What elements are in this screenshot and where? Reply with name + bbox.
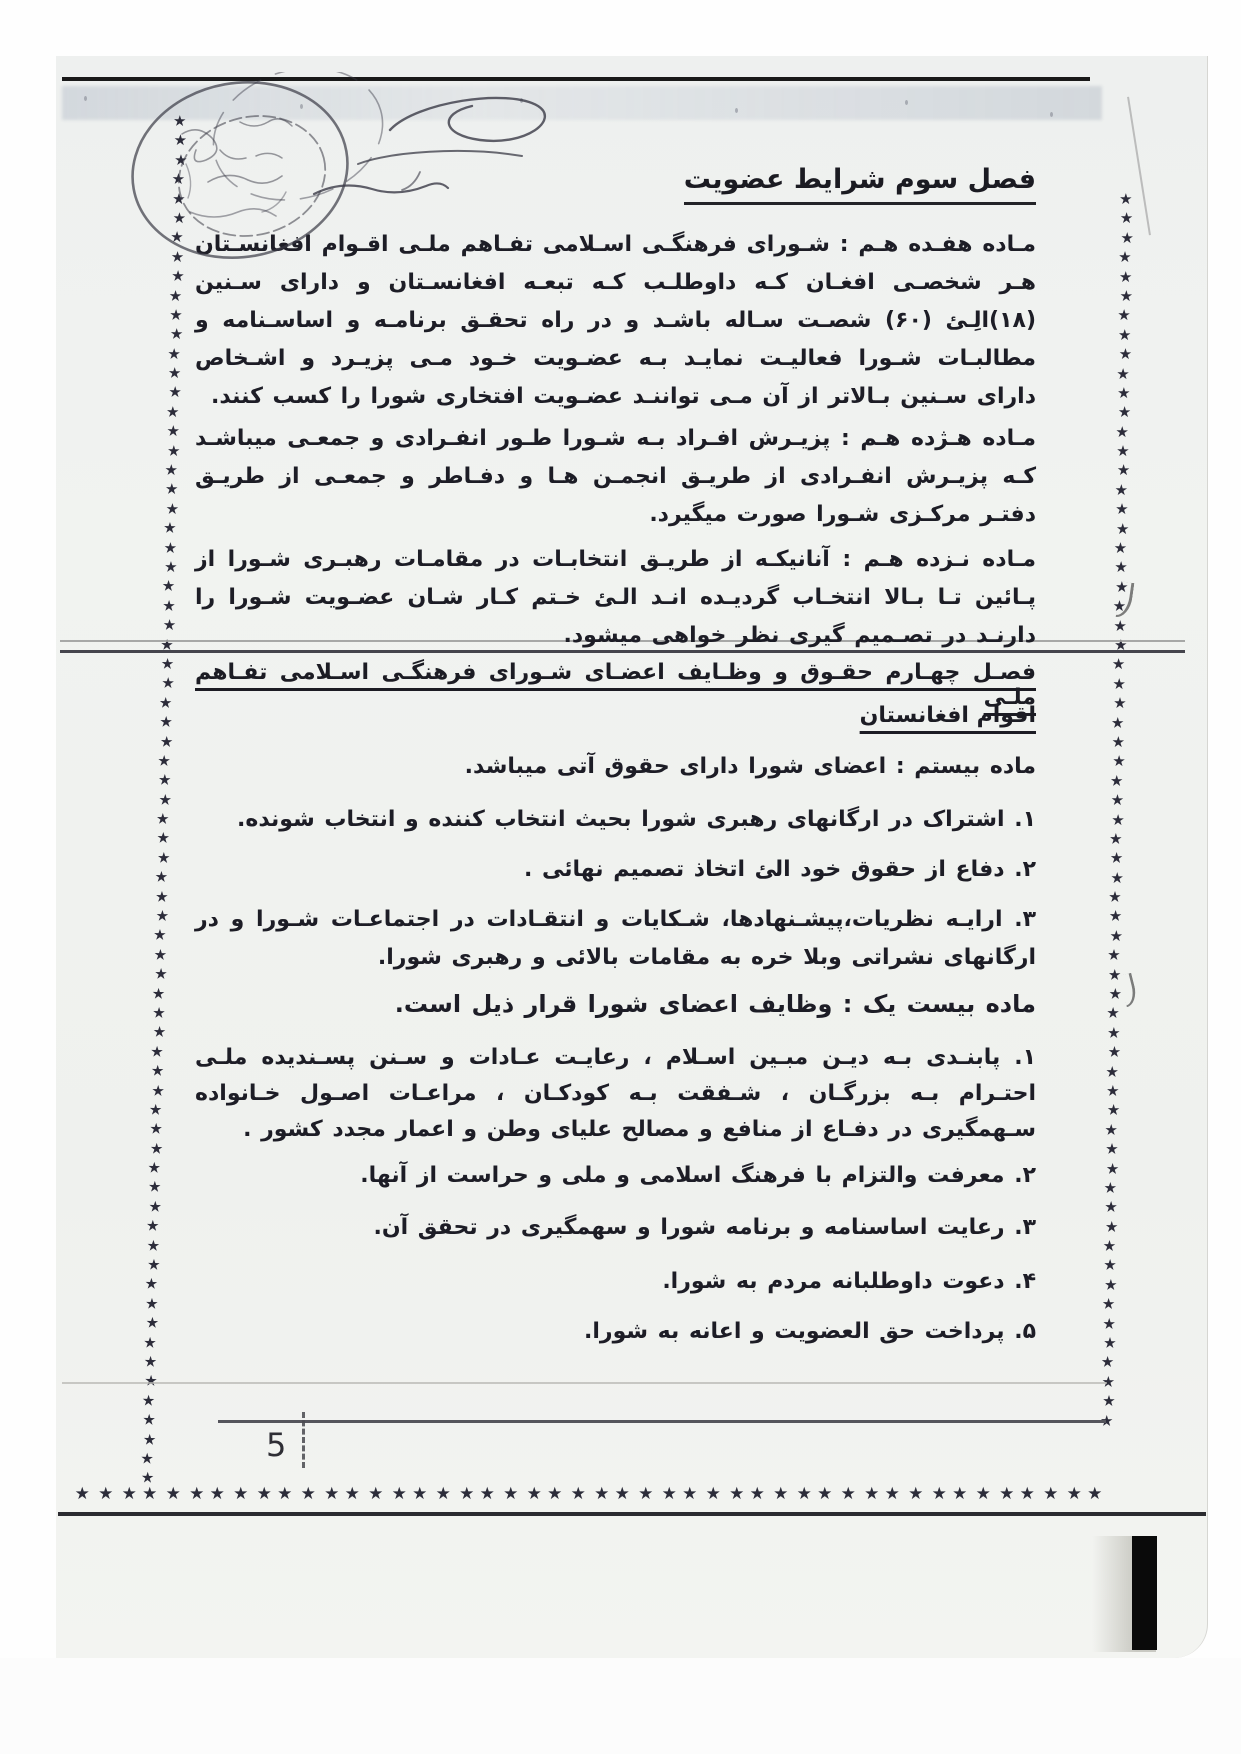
footer-page-line bbox=[218, 1420, 1106, 1423]
stamp-signature-graphic bbox=[90, 72, 580, 292]
scan-black-mark bbox=[1132, 1536, 1157, 1650]
scanned-document-page: ★★★★★★★★★★★★★★★★★★★★★★★★★★★★★★★★★★★★★★★★… bbox=[0, 0, 1241, 1754]
article-20-intro: ماده بیستم : اعضای شورا دارای حقوق آتی م… bbox=[195, 748, 1036, 786]
right-item-3: ۳. ارایـه نظریات،پیشـنهادها، شـکایات و ا… bbox=[195, 901, 1036, 977]
footer-faint-line bbox=[62, 1382, 1107, 1384]
chapter3-title: فصل سوم شرایط عضویت bbox=[684, 164, 1036, 205]
duty-item-5: ۵. پرداخت حق العضویت و اعانه به شورا. bbox=[195, 1313, 1036, 1351]
scan-speck bbox=[905, 100, 908, 105]
scan-speck bbox=[1050, 112, 1053, 117]
duty-item-2: ۲. معرفت والتزام با فرهنگ اسلامی و ملی و… bbox=[195, 1157, 1036, 1195]
article-19-paragraph: مـاده نـزده هـم : آنانیکـه از طریـق انتخ… bbox=[195, 541, 1036, 655]
star-border-bottom: ★★★★★★★★★★★★★★★★★★★★★★★★★★★★★★★★★★★★★★★★… bbox=[72, 1484, 1117, 1503]
page-number-dash-mark bbox=[302, 1412, 305, 1468]
scan-speck bbox=[84, 96, 87, 101]
duty-item-1: ۱. پابنـدی بـه دیـن مبـین اسـلام ، رعایـ… bbox=[195, 1040, 1036, 1148]
scan-speck bbox=[735, 108, 738, 113]
bottom-border-line bbox=[58, 1512, 1206, 1516]
duty-item-3: ۳. رعایت اساسنامه و برنامه شورا و سهمگیر… bbox=[195, 1209, 1036, 1247]
article-18-paragraph: مـاده هـژده هـم : پزیـرش افـراد بـه شـور… bbox=[195, 420, 1036, 534]
right-item-2: ۲. دفاع از حقوق خود الئ اتخاذ تصمیم نهائ… bbox=[195, 851, 1036, 889]
right-item-1: ۱. اشتراک در ارگانهای رهبری شورا بحیث ان… bbox=[195, 801, 1036, 839]
official-stamp-icon bbox=[90, 72, 580, 292]
chapter4-title-line2: اقوام افغانستان bbox=[195, 703, 1036, 728]
page-number: 5 bbox=[266, 1426, 286, 1464]
scanner-background bbox=[0, 1658, 1241, 1754]
duty-item-4: ۴. دعوت داوطلبانه مردم به شورا. bbox=[195, 1263, 1036, 1301]
article-21-intro: ماده بیست یک : وظایف اعضای شورا قرار ذیل… bbox=[195, 985, 1036, 1023]
